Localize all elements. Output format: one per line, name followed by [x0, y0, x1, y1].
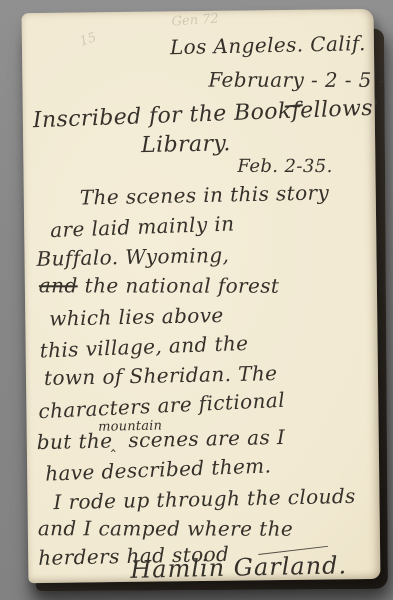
- handwritten-line: The scenes in this story: [80, 181, 330, 208]
- inscription-page: 15 Gen 72 Los Angeles. Calif. February -…: [22, 9, 381, 583]
- handwritten-line: which lies above: [49, 304, 224, 330]
- handwritten-line: andthe national forest: [39, 274, 280, 296]
- pencil-mark: 15: [78, 30, 98, 50]
- handwritten-line: are laid mainly in: [50, 212, 235, 241]
- handwritten-line: town of Sheridan. The: [44, 362, 278, 389]
- handwritten-line: characters are fictional: [38, 389, 285, 423]
- handwritten-line-with-insertion: but themountain‸scenes are as I: [37, 424, 286, 453]
- insertion-caret-icon: ‸: [110, 436, 116, 453]
- signature: Hamlin Garland.: [130, 552, 347, 583]
- handwritten-line: have described them.: [45, 454, 272, 484]
- line-text: the national forest: [85, 273, 280, 297]
- handwritten-line-dedication: Library.: [141, 132, 231, 158]
- handwritten-line: this village, and the: [39, 332, 248, 362]
- handwritten-line: Buffalo. Wyoming,: [36, 244, 229, 270]
- pencil-mark: Gen 72: [171, 12, 219, 30]
- photo-of-inscription: 15 Gen 72 Los Angeles. Calif. February -…: [0, 0, 393, 600]
- handwritten-line-dedication: Inscribed for the Bookfellows': [32, 97, 379, 134]
- struck-out-word: and: [39, 273, 78, 297]
- insertion-wrapper: mountain‸: [112, 427, 128, 447]
- inserted-word: mountain: [98, 420, 162, 436]
- handwritten-line: I rode up through the clouds: [53, 485, 356, 513]
- handwritten-line: and I camped where the: [38, 517, 293, 539]
- handwritten-line-date: February - 2 - 5 -: [208, 69, 385, 91]
- handwritten-line-place: Los Angeles. Calif.: [170, 32, 366, 58]
- handwritten-line-date: Feb. 2-35.: [237, 157, 332, 177]
